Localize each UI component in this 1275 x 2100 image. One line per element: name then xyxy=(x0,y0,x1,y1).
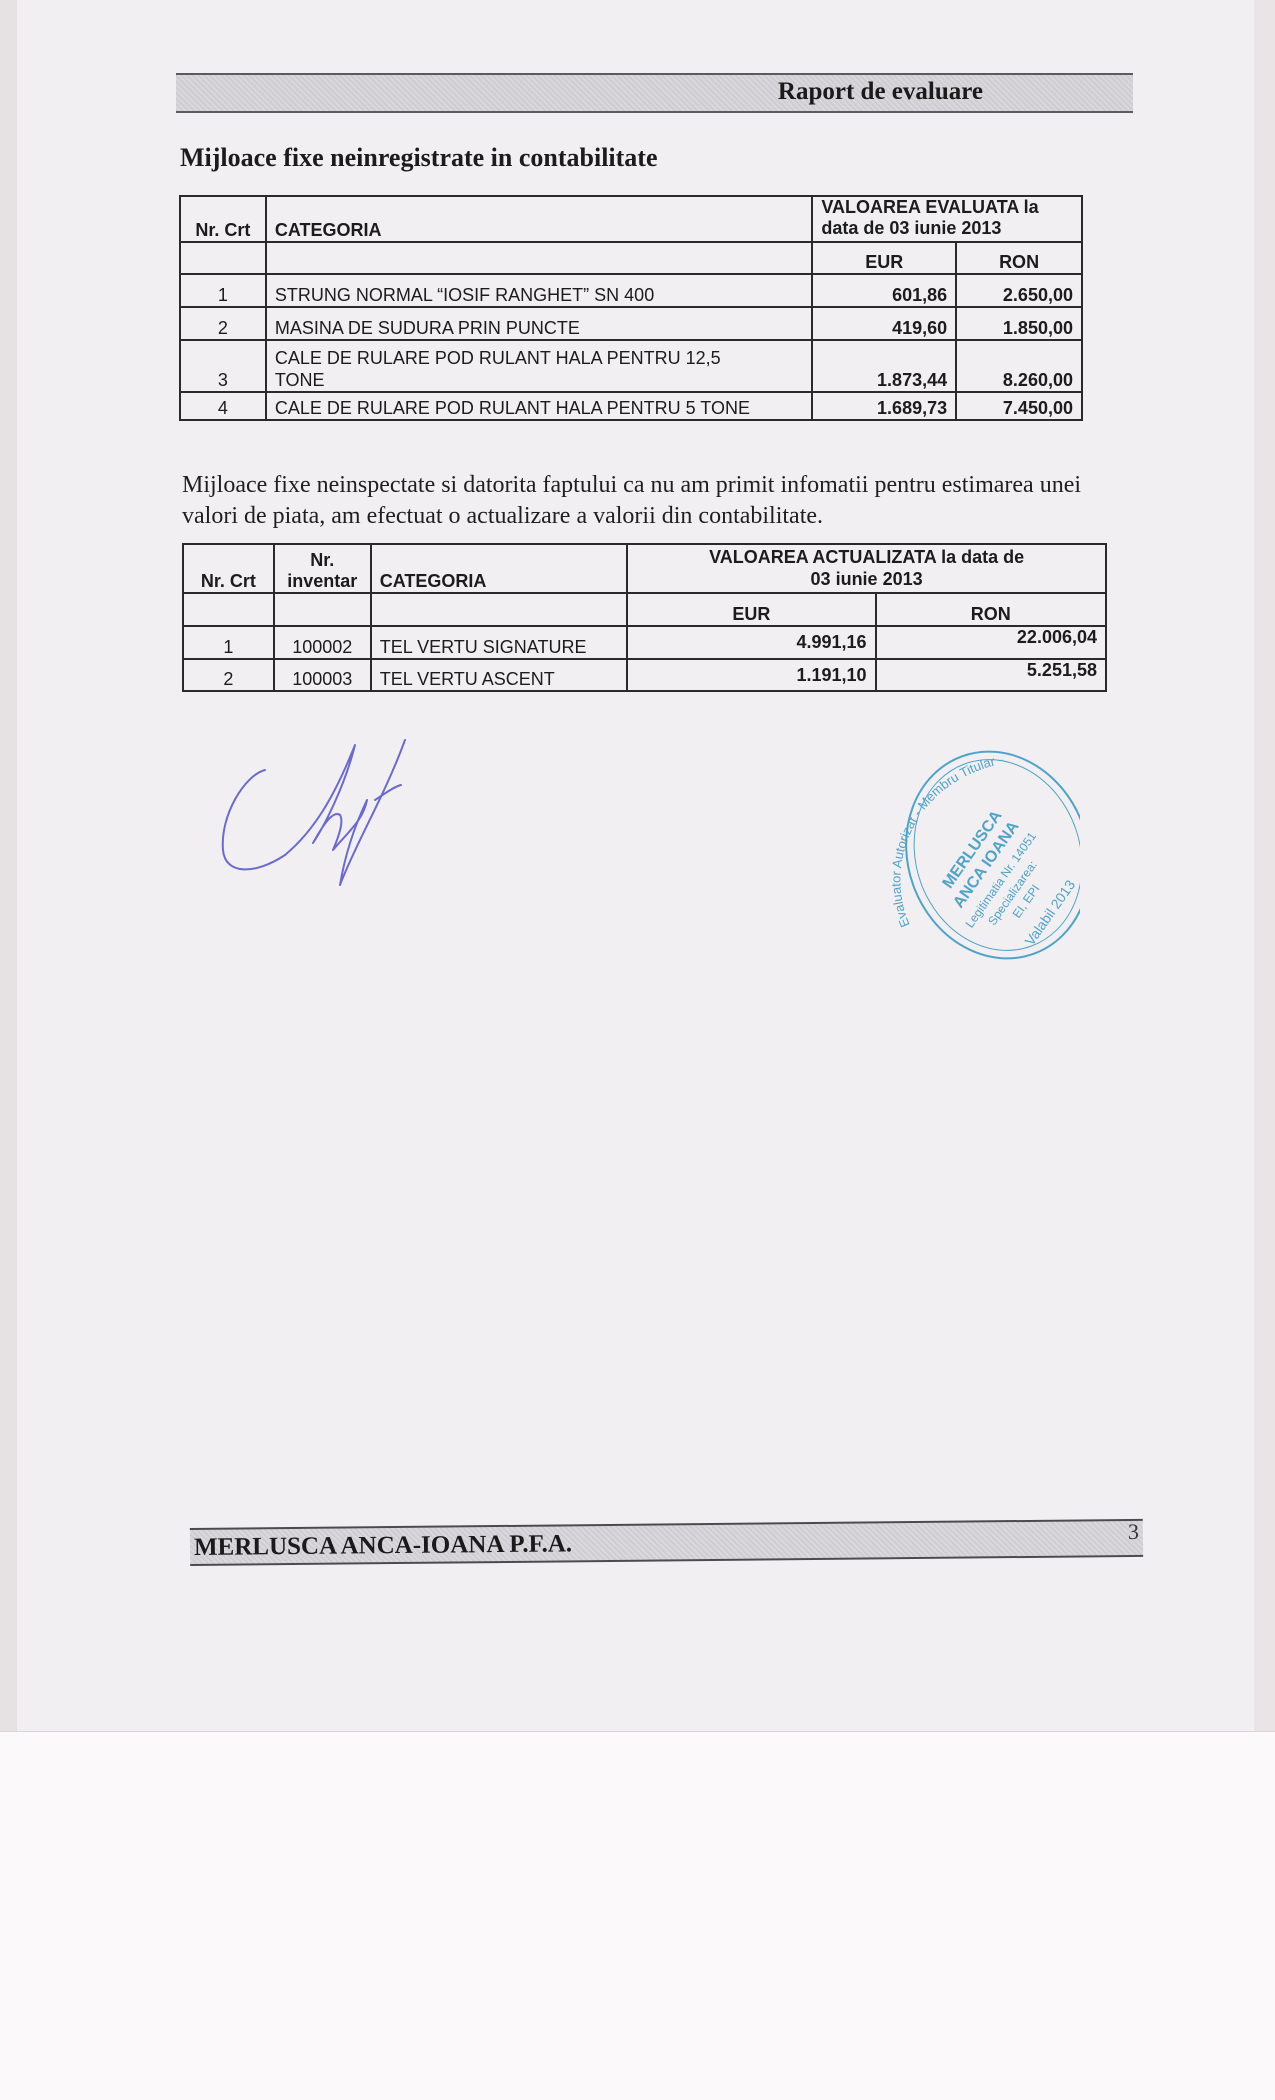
row-eur: 601,86 xyxy=(812,274,956,307)
scan-edge-right xyxy=(1254,0,1275,1731)
header-eur: EUR xyxy=(812,242,956,274)
empty-cell xyxy=(266,242,813,274)
page-number: 3 xyxy=(1128,1519,1139,1545)
section-title: Mijloace fixe neinregistrate in contabil… xyxy=(180,143,658,173)
header-eur: EUR xyxy=(627,593,875,626)
empty-cell xyxy=(183,593,274,626)
header-ron: RON xyxy=(876,593,1106,626)
row-eur: 1.689,73 xyxy=(812,392,956,420)
row-categoria: MASINA DE SUDURA PRIN PUNCTE xyxy=(266,307,813,340)
table-header-row: Nr. Crt CATEGORIA VALOAREA EVALUATA la d… xyxy=(180,196,1082,242)
row-nr: 4 xyxy=(180,392,266,420)
header-valoare: VALOAREA EVALUATA la data de 03 iunie 20… xyxy=(812,196,1082,242)
empty-cell xyxy=(180,242,266,274)
row-nr: 2 xyxy=(183,659,274,691)
row-nr: 1 xyxy=(180,274,266,307)
header-valoare: VALOAREA ACTUALIZATA la data de 03 iunie… xyxy=(627,544,1106,593)
updated-assets-table: Nr. Crt Nr. inventar CATEGORIA VALOAREA … xyxy=(182,543,1107,692)
header-nr-inventar-line1: Nr. xyxy=(283,550,362,571)
table-header-row: Nr. Crt Nr. inventar CATEGORIA VALOAREA … xyxy=(183,544,1106,593)
row-eur: 4.991,16 xyxy=(627,626,875,659)
header-categoria: CATEGORIA xyxy=(266,196,813,242)
header-valoare-line1: VALOAREA ACTUALIZATA la data de xyxy=(636,546,1097,568)
empty-cell xyxy=(274,593,371,626)
row-ron: 22.006,04 xyxy=(876,626,1106,659)
footer-company-name: MERLUSCA ANCA-IOANA P.F.A. xyxy=(194,1530,572,1562)
unrecorded-assets-table: Nr. Crt CATEGORIA VALOAREA EVALUATA la d… xyxy=(179,195,1083,421)
header-bar: Raport de evaluare xyxy=(176,73,1133,113)
table-row: 1 STRUNG NORMAL “IOSIF RANGHET” SN 400 6… xyxy=(180,274,1082,307)
row-ron: 1.850,00 xyxy=(956,307,1082,340)
official-stamp: Evaluator Autorizat - Membru Titular - M… xyxy=(880,740,1080,965)
signature-strokes xyxy=(223,740,405,885)
row-eur: 419,60 xyxy=(812,307,956,340)
header-nr-inventar-line2: inventar xyxy=(283,571,362,592)
row-categoria: CALE DE RULARE POD RULANT HALA PENTRU 12… xyxy=(266,340,813,392)
row-categoria: STRUNG NORMAL “IOSIF RANGHET” SN 400 xyxy=(266,274,813,307)
table-row: 2 MASINA DE SUDURA PRIN PUNCTE 419,60 1.… xyxy=(180,307,1082,340)
row-eur: 1.191,10 xyxy=(627,659,875,691)
scan-edge-left xyxy=(0,0,17,1731)
row-eur: 1.873,44 xyxy=(812,340,956,392)
header-valoare-line2: data de 03 iunie 2013 xyxy=(821,218,1073,239)
report-title: Raport de evaluare xyxy=(778,78,983,106)
row-categoria: TEL VERTU ASCENT xyxy=(371,659,627,691)
table-row: 1 100002 TEL VERTU SIGNATURE 4.991,16 22… xyxy=(183,626,1106,659)
header-categoria: CATEGORIA xyxy=(371,544,627,593)
header-valoare-line1: VALOAREA EVALUATA la xyxy=(821,197,1073,218)
signature xyxy=(205,715,435,895)
header-valoare-line2: 03 iunie 2013 xyxy=(636,568,1097,590)
table-subheader-row: EUR RON xyxy=(180,242,1082,274)
row-ron: 2.650,00 xyxy=(956,274,1082,307)
row-categoria: CALE DE RULARE POD RULANT HALA PENTRU 5 … xyxy=(266,392,813,420)
explanatory-paragraph: Mijloace fixe neinspectate si datorita f… xyxy=(182,470,1112,532)
table-subheader-row: EUR RON xyxy=(183,593,1106,626)
header-nr-crt: Nr. Crt xyxy=(180,196,266,242)
row-nr: 3 xyxy=(180,340,266,392)
row-inventar: 100002 xyxy=(274,626,371,659)
table-row: 4 CALE DE RULARE POD RULANT HALA PENTRU … xyxy=(180,392,1082,420)
header-ron: RON xyxy=(956,242,1082,274)
header-nr-crt: Nr. Crt xyxy=(183,544,274,593)
empty-cell xyxy=(371,593,627,626)
header-nr-inventar: Nr. inventar xyxy=(274,544,371,593)
row-ron: 7.450,00 xyxy=(956,392,1082,420)
table-row: 2 100003 TEL VERTU ASCENT 1.191,10 5.251… xyxy=(183,659,1106,691)
row-categoria: TEL VERTU SIGNATURE xyxy=(371,626,627,659)
row-ron: 8.260,00 xyxy=(956,340,1082,392)
table-row: 3 CALE DE RULARE POD RULANT HALA PENTRU … xyxy=(180,340,1082,392)
row-ron: 5.251,58 xyxy=(876,659,1106,691)
row-nr: 1 xyxy=(183,626,274,659)
row-inventar: 100003 xyxy=(274,659,371,691)
row-nr: 2 xyxy=(180,307,266,340)
